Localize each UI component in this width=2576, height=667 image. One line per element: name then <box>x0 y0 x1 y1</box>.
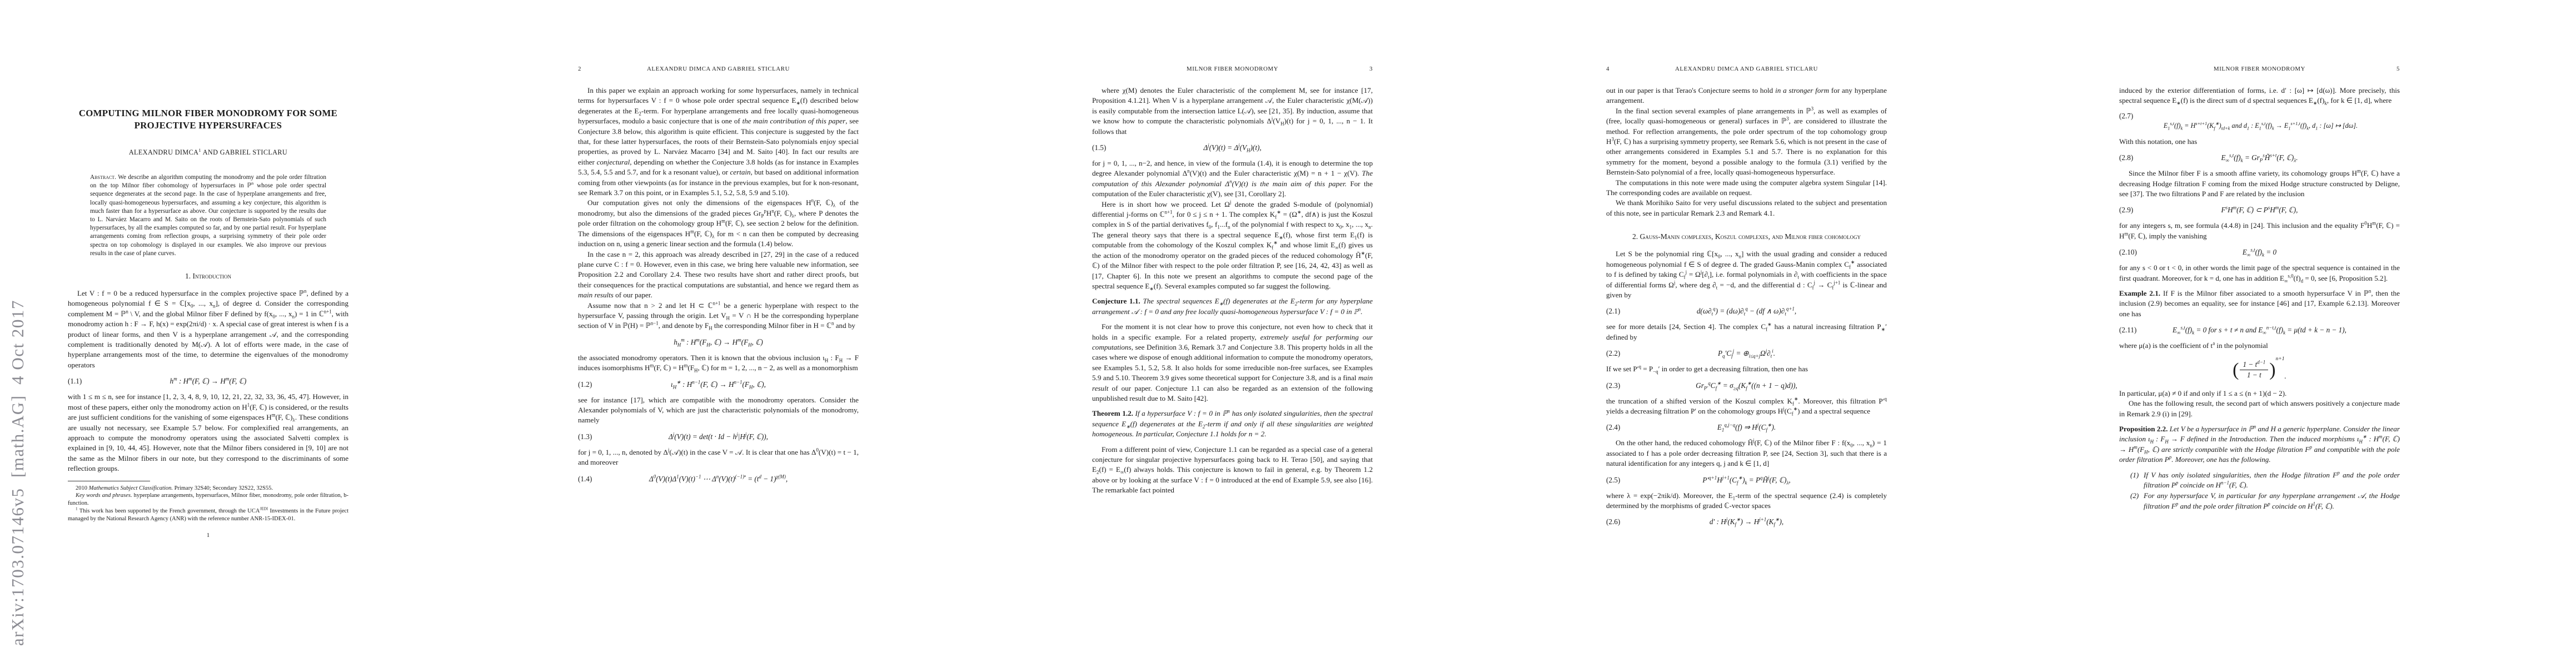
right-paren: ) <box>2269 359 2275 381</box>
equation-formula: FsHm(F, ℂ) ⊂ PsHm(F, ℂ), <box>2119 205 2400 215</box>
paragraph: On the other hand, the reduced cohomolog… <box>1606 438 1887 469</box>
running-head-title: ALEXANDRU DIMCA AND GABRIEL STICLARU <box>1675 66 1818 72</box>
section-heading: 2. Gauss-Manin complexes, Koszul complex… <box>1606 232 1887 241</box>
equation-formula: hm : Hm(F, ℂ) → Hm(F, ℂ) <box>68 376 348 386</box>
equation-formula: E1q,j−q(f) ⇒ Hj(Cf∗). <box>1606 422 1887 432</box>
paragraph: In particular, μ(a) ≠ 0 if and only if 1… <box>2119 389 2400 399</box>
theorem-block: Proposition 2.2. Let V be a hypersurface… <box>2119 424 2400 465</box>
list-marker: (2) <box>2130 491 2139 501</box>
display-equation: (2.7)E1s,t(f)k = Hs+t+1(Kf∗)td+k and d1 … <box>2119 112 2400 131</box>
display-equation: (2.3)GrP′qCf∗ = σ≥q(Kf∗((n + 1 − q)d)), <box>1606 380 1887 391</box>
paragraph: the truncation of a shifted version of t… <box>1606 396 1887 417</box>
display-equation: (2.1)d(ω∂tq) = (dω)∂tq − (df ∧ ω)∂tq+1, <box>1606 306 1887 316</box>
paragraph: out in our paper is that Terao's Conject… <box>1606 86 1887 106</box>
running-head-title: MILNOR FIBER MONODROMY <box>2214 66 2305 72</box>
paragraph: The computations in this note were made … <box>1606 178 1887 198</box>
paragraph: We thank Morihiko Saito for very useful … <box>1606 198 1887 218</box>
equation-tag: (2.2) <box>1606 349 1620 358</box>
display-equation: (2.6)d′ : Hj(Kf∗) → Hj+1(Kf∗), <box>1606 516 1887 527</box>
equation-tag: (1.2) <box>578 380 592 389</box>
list-text: For any hypersurface V, in particular fo… <box>2144 491 2400 510</box>
list-item: (2)For any hypersurface V, in particular… <box>2119 491 2400 511</box>
equation-formula: Δj(V)(t) = Δj(VH)(t), <box>1092 142 1373 153</box>
paper-title: COMPUTING MILNOR FIBER MONODROMY FOR SOM… <box>68 107 348 132</box>
equation-tag: (1.4) <box>578 475 592 484</box>
footnote-italic-lead: Key words and phrases. <box>76 492 132 499</box>
paper-authors: ALEXANDRU DIMCA1 AND GABRIEL STICLARU <box>68 148 348 157</box>
footnote-rule <box>68 481 150 481</box>
paragraph: Let S be the polynomial ring ℂ[x0, ..., … <box>1606 249 1887 300</box>
display-fraction: (1 − td−11 − t)n+1. <box>2119 359 2400 381</box>
display-equation: (2.8)E∞s,t(f)k = GrPsH̃s+t(F, ℂ)λ. <box>2119 152 2400 163</box>
equation-tag: (1.1) <box>68 377 82 386</box>
equation-tag: (2.4) <box>1606 423 1620 432</box>
paragraph: Let V : f = 0 be a reduced hypersurface … <box>68 288 348 370</box>
paragraph: for j = 0, 1, ..., n−2, and hence, in vi… <box>1092 158 1373 200</box>
equation-tag: (2.6) <box>1606 517 1620 526</box>
equation-tag: (1.5) <box>1092 143 1106 152</box>
display-equation: (2.10)E∞s,t(f)k = 0 <box>2119 247 2400 257</box>
display-equation: (1.3)Δj(V)(t) = det(t · Id − hj|Hj(F, ℂ)… <box>578 431 859 442</box>
list-text: If V has only isolated singularities, th… <box>2144 471 2400 489</box>
page-number: 1 <box>68 532 348 539</box>
page-1: COMPUTING MILNOR FIBER MONODROMY FOR SOM… <box>68 0 348 539</box>
paragraph: where χ(M) denotes the Euler characteris… <box>1092 86 1373 137</box>
fraction-stack: 1 − td−11 − t <box>2240 360 2268 380</box>
running-head: MILNOR FIBER MONODROMY5 <box>2119 66 2400 72</box>
paragraph: If we set P′q = P−q′ in order to get a d… <box>1606 364 1887 374</box>
display-equation: hHm : Hm(FH, ℂ) → Hm(FH, ℂ) <box>578 337 859 347</box>
equation-formula: E∞s,t(f)k = 0 <box>2119 247 2400 257</box>
paragraph: see for instance [17], which are compati… <box>578 395 859 426</box>
running-head-title: MILNOR FIBER MONODROMY <box>1187 66 1278 72</box>
equation-tag: (2.7) <box>2119 112 2400 121</box>
equation-formula: Δj(V)(t) = det(t · Id − hj|Hj(F, ℂ)), <box>578 431 859 442</box>
paragraph: induced by the exterior differentiation … <box>2119 86 2400 106</box>
running-head: MILNOR FIBER MONODROMY3 <box>1092 66 1373 72</box>
equation-formula: d(ω∂tq) = (dω)∂tq − (df ∧ ω)∂tq+1, <box>1606 306 1887 316</box>
equation-tag: (2.3) <box>1606 381 1620 390</box>
paragraph: the associated monodromy operators. Then… <box>578 353 859 374</box>
paragraph: see for more details [24, Section 4]. Th… <box>1606 322 1887 342</box>
equation-tag: (2.9) <box>2119 206 2133 215</box>
display-equation: (2.2)Pq′Cfj = ⊕i≤q+jΩj∂ti. <box>1606 348 1887 359</box>
footnote-italic-lead: Mathematics Subject Classification. <box>89 485 173 491</box>
paragraph: with 1 ≤ m ≤ n, see for instance [1, 2, … <box>68 392 348 474</box>
paragraph: From a different point of view, Conjectu… <box>1092 445 1373 496</box>
equation-tag: (1.3) <box>578 432 592 441</box>
abstract-label: Abstract. <box>90 174 116 181</box>
display-equation: (2.11)E∞s,t(f)k = 0 for s + t ≠ n and E∞… <box>2119 325 2400 335</box>
display-equation: (2.5)P′q+1Hj+1(Cf∗)k = PqH̃j(F, ℂ)λ, <box>1606 475 1887 485</box>
equation-formula: Δ0(V)(t)Δ1(V)(t)−1 ⋯ Δn(V)(t)(−1)ⁿ = (td… <box>578 474 859 484</box>
footnote: Key words and phrases. hyperplane arrang… <box>68 492 348 507</box>
paragraph: Our computation gives not only the dimen… <box>578 198 859 249</box>
display-equation: (1.5)Δj(V)(t) = Δj(VH)(t), <box>1092 142 1373 153</box>
running-head-page-number: 4 <box>1606 66 1610 72</box>
paragraph: for j = 0, 1, ..., n, denoted by Δj(𝒜)(t… <box>578 447 859 468</box>
equation-tag: (2.1) <box>1606 307 1620 316</box>
paragraph: for any integers s, m, see formula (4.4.… <box>2119 221 2400 241</box>
equation-formula: d′ : Hj(Kf∗) → Hj+1(Kf∗), <box>1606 516 1887 527</box>
theorem-label: Proposition 2.2. <box>2119 425 2170 433</box>
paragraph: One has the following result, the second… <box>2119 399 2400 419</box>
running-head-title: ALEXANDRU DIMCA AND GABRIEL STICLARU <box>647 66 790 72</box>
equation-formula: E1s,t(f)k = Hs+t+1(Kf∗)td+k and d1 : E1s… <box>2119 121 2400 131</box>
equation-tag: (2.5) <box>1606 476 1620 485</box>
running-head-page-number: 3 <box>1369 66 1373 72</box>
list-marker: (1) <box>2130 470 2139 480</box>
paragraph: Here is in short how we proceed. Let Ωj … <box>1092 200 1373 292</box>
fraction-tail: . <box>2285 372 2286 381</box>
equation-formula: E∞s,t(f)k = 0 for s + t ≠ n and E∞n−t,t(… <box>2119 325 2400 335</box>
fraction-numerator: 1 − td−1 <box>2240 360 2268 370</box>
paragraph: where λ = exp(−2πik/d). Moreover, the E1… <box>1606 491 1887 511</box>
footnote: 1 This work has been supported by the Fr… <box>68 507 348 523</box>
paragraph: For the moment it is not clear how to pr… <box>1092 322 1373 404</box>
left-paren: ( <box>2233 359 2239 381</box>
theorem-block: Conjecture 1.1. The spectral sequences E… <box>1092 296 1373 317</box>
paragraph: In the final section several examples of… <box>1606 106 1887 178</box>
paragraph: In this paper we explain an approach wor… <box>578 86 859 198</box>
arxiv-stamp: arXiv:1703.07146v5 [math.AG] 4 Oct 2017 <box>8 300 28 646</box>
paragraph: Assume now that n > 2 and let H ⊂ ℂn+1 b… <box>578 301 859 331</box>
paragraph: In the case n = 2, this approach was alr… <box>578 250 859 301</box>
display-equation: (2.9)FsHm(F, ℂ) ⊂ PsHm(F, ℂ), <box>2119 205 2400 215</box>
paragraph: With this notation, one has <box>2119 137 2400 147</box>
running-head: 4ALEXANDRU DIMCA AND GABRIEL STICLARU <box>1606 66 1887 72</box>
theorem-block: Theorem 1.2. If a hypersurface V : f = 0… <box>1092 409 1373 439</box>
running-head: 2ALEXANDRU DIMCA AND GABRIEL STICLARU <box>578 66 859 72</box>
page-2: 2ALEXANDRU DIMCA AND GABRIEL STICLARUIn … <box>578 0 859 490</box>
fraction-denominator: 1 − t <box>2240 370 2268 380</box>
equation-tag: (2.10) <box>2119 248 2137 257</box>
equation-tag: (2.8) <box>2119 153 2133 162</box>
equation-formula: Pq′Cfj = ⊕i≤q+jΩj∂ti. <box>1606 348 1887 359</box>
section-heading: 1. Introduction <box>68 271 348 281</box>
equation-formula: GrP′qCf∗ = σ≥q(Kf∗((n + 1 − q)d)), <box>1606 380 1887 391</box>
equation-formula: E∞s,t(f)k = GrPsH̃s+t(F, ℂ)λ. <box>2119 152 2400 163</box>
list-item: (1)If V has only isolated singularities,… <box>2119 470 2400 491</box>
theorem-block: Example 2.1. If F is the Milnor fiber as… <box>2119 288 2400 319</box>
page-4: 4ALEXANDRU DIMCA AND GABRIEL STICLARUout… <box>1606 0 1887 532</box>
paragraph: for any s < 0 or t < 0, in other words t… <box>2119 263 2400 283</box>
display-equation: (2.4)E1q,j−q(f) ⇒ Hj(Cf∗). <box>1606 422 1887 432</box>
display-equation: (1.2)ιH∗ : Hn−1(F, ℂ) → Hn−1(FH, ℂ), <box>578 379 859 390</box>
theorem-label: Theorem 1.2. <box>1092 409 1135 417</box>
equation-formula: P′q+1Hj+1(Cf∗)k = PqH̃j(F, ℂ)λ, <box>1606 475 1887 485</box>
page-3: MILNOR FIBER MONODROMY3where χ(M) denote… <box>1092 0 1373 496</box>
display-equation: (1.1)hm : Hm(F, ℂ) → Hm(F, ℂ) <box>68 376 348 386</box>
equation-tag: (2.11) <box>2119 326 2136 335</box>
paragraph: where μ(a) is the coefficient of ta in t… <box>2119 341 2400 351</box>
theorem-label: Conjecture 1.1. <box>1092 297 1143 305</box>
equation-formula: hHm : Hm(FH, ℂ) → Hm(FH, ℂ) <box>578 337 859 347</box>
theorem-label: Example 2.1. <box>2119 289 2163 297</box>
running-head-page-number: 2 <box>578 66 581 72</box>
paragraph: Since the Milnor fiber F is a smooth aff… <box>2119 168 2400 199</box>
running-head-page-number: 5 <box>2396 66 2400 72</box>
display-equation: (1.4)Δ0(V)(t)Δ1(V)(t)−1 ⋯ Δn(V)(t)(−1)ⁿ … <box>578 474 859 484</box>
paper-abstract: Abstract. We describe an algorithm compu… <box>90 173 326 258</box>
page-5: MILNOR FIBER MONODROMY5induced by the ex… <box>2119 0 2400 512</box>
equation-formula: ιH∗ : Hn−1(F, ℂ) → Hn−1(FH, ℂ), <box>578 379 859 390</box>
footnote: 2010 Mathematics Subject Classification.… <box>68 485 348 492</box>
